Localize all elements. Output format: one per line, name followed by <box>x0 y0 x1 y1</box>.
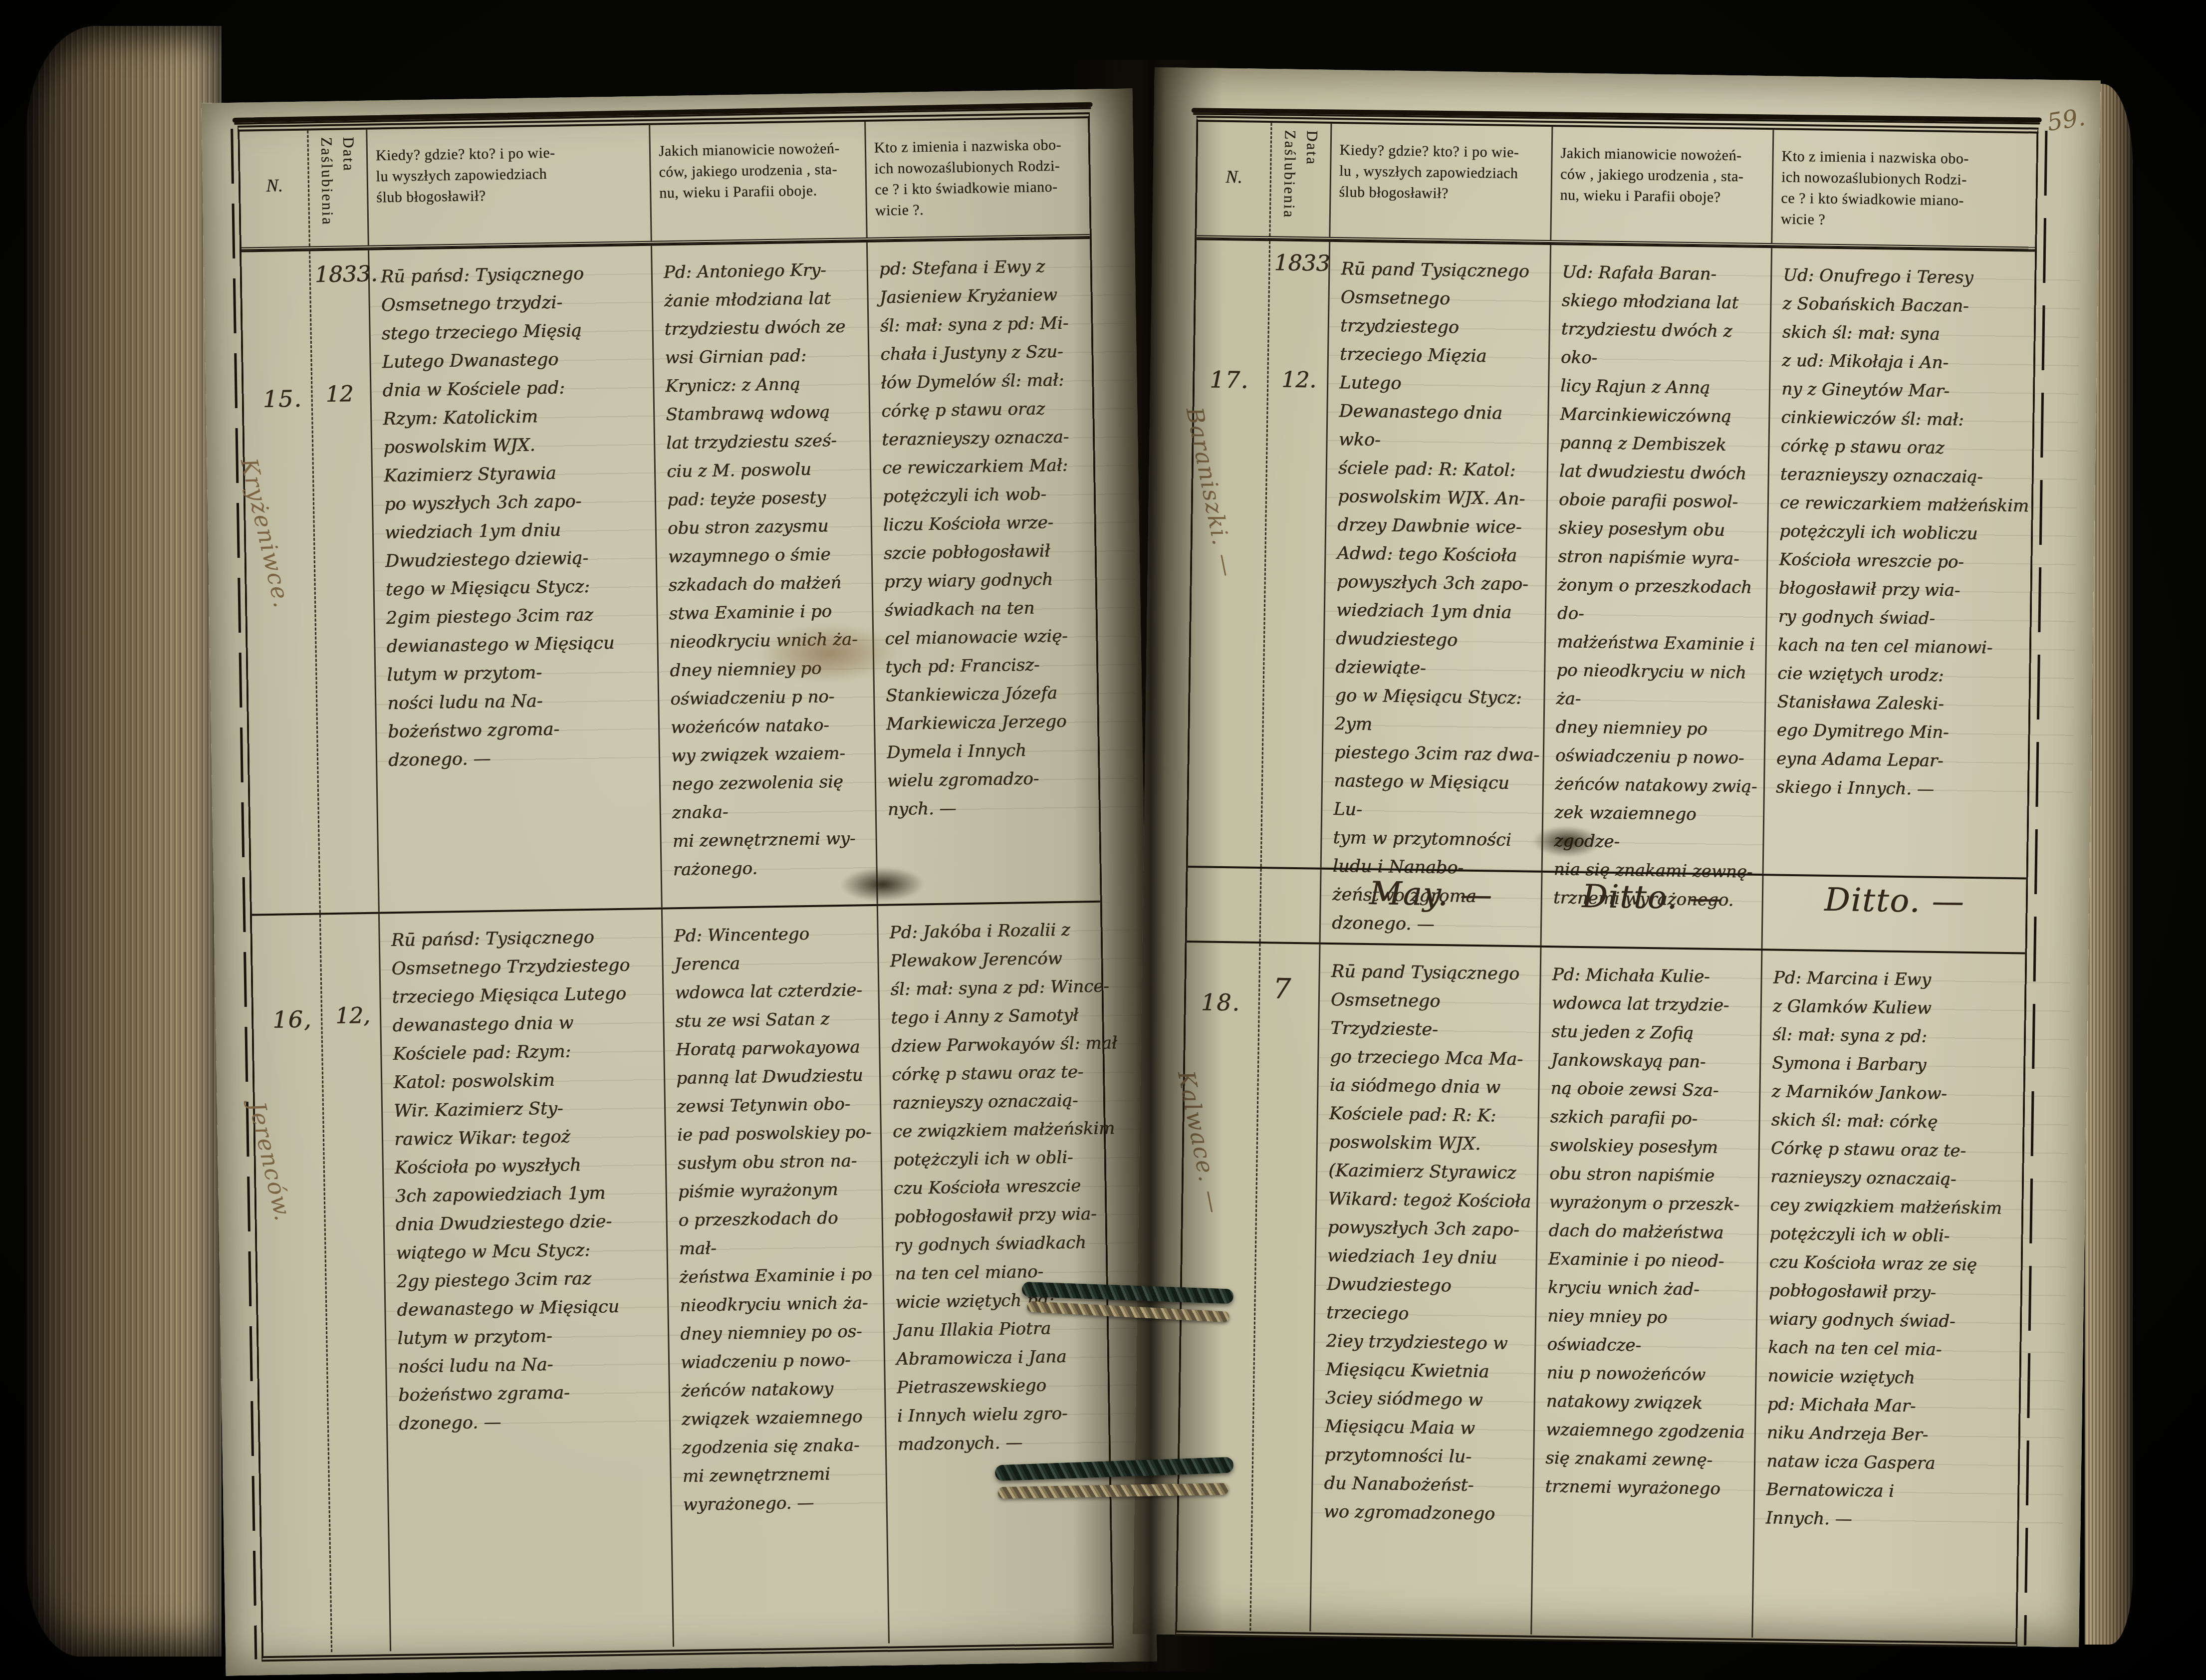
record-witnesses-text: Ud: Onufrego i Teresy z Sobańskich Bacza… <box>1765 248 2081 806</box>
header-newlyweds-label: Jakich mianowicie nowożeń- ców, jakiego … <box>650 122 865 204</box>
table-header-row: N. Data Zaślubienia Kiedy? gdzie? kto? i… <box>240 118 1090 250</box>
header-date-label: Data Zaślubienia <box>315 130 361 253</box>
header-witnesses-label: Kto z imienia i nazwiska obo- ich nowoza… <box>866 118 1089 222</box>
record-row-15: 15. Kryżeniwce. 1833. 12 Rū pańsd: Tysią… <box>242 237 1100 914</box>
record-day: 7 <box>1273 972 1291 1005</box>
record-number: 15. <box>262 385 302 413</box>
header-number-label: N. <box>240 131 308 197</box>
record-number-cell: 16, Jerenców. <box>252 915 331 1653</box>
record-day: 12. <box>1281 367 1317 393</box>
record-day: 12 <box>325 381 354 407</box>
ditto-label: Ditto. — <box>1582 873 1722 917</box>
record-newlyweds-text: Pd: Michała Kulie- wdowca lat trzydzie- … <box>1534 948 1761 1504</box>
month-band-row: May. — Ditto. — Ditto. — <box>1187 866 2026 952</box>
header-cell-date: Data Zaślubienia <box>307 130 368 246</box>
right-page: 59. N. Data Zaślubienia Kiedy? gdzie? kt… <box>1133 67 2101 1647</box>
header-when-label: Kiedy? gdzie? kto? i po wie- lu , wyszły… <box>1331 124 1551 206</box>
record-date-cell: 1833 12. <box>1260 241 1329 868</box>
header-cell-number: N. <box>240 131 309 247</box>
record-witnesses-cell: Ud: Onufrego i Teresy z Sobańskich Bacza… <box>1762 248 2035 877</box>
record-newlyweds-cell: Pd: Michała Kulie- wdowca lat trzydzie- … <box>1530 948 1761 1638</box>
record-newlyweds-text: Pd: Antoniego Kry- żanie młodziana lat t… <box>652 242 876 885</box>
header-newlyweds-label: Jakich mianowicie nowożeń- ców , jakiego… <box>1552 127 1772 209</box>
record-witnesses-cell: Pd: Marcina i Ewy z Glamków Kuliew śl: m… <box>1751 951 2025 1641</box>
header-cell-witnesses: Kto z imienia i nazwiska obo- ich nowoza… <box>864 118 1090 238</box>
record-date-cell: 7 <box>1249 944 1319 1632</box>
header-cell-newlyweds: Jakich mianowicie nowożeń- ców, jakiego … <box>649 122 866 241</box>
table-header-row: N. Data Zaślubienia Kiedy? gdzie? kto? i… <box>1197 122 2036 249</box>
header-cell-newlyweds: Jakich mianowicie nowożeń- ców , jakiego… <box>1550 127 1772 243</box>
month-band-ditto: Ditto. — <box>1540 873 1762 949</box>
header-cell-witnesses: Kto z imienia i nazwiska obo- ich nowoza… <box>1771 130 2036 246</box>
month-label: May. — <box>1369 870 1493 914</box>
record-when-cell: Rū pand Tysiącznego Osmsetnego trzydzies… <box>1320 242 1550 871</box>
record-date-cell: 12, <box>319 914 390 1652</box>
margin-place-note: Kryżeniwce. <box>236 456 296 611</box>
record-witnesses-cell: pd: Stefana i Ewy z Jasieniew Kryżaniew … <box>866 239 1100 904</box>
record-day: 12, <box>335 1003 371 1029</box>
record-newlyweds-cell: Pd: Wincentego Jerenca wdowca lat czterd… <box>661 906 888 1647</box>
record-row-16: 16, Jerenców. 12, Rū pańsd: Tysiącznego … <box>252 901 1112 1654</box>
margin-place-note: Jerenców. <box>244 1099 297 1224</box>
left-page: N. Data Zaślubienia Kiedy? gdzie? kto? i… <box>201 89 1157 1676</box>
ditto-label: Ditto. — <box>1824 877 1965 921</box>
header-witnesses-label: Kto z imienia i nazwiska obo- ich nowoza… <box>1773 130 2037 233</box>
header-date-label: Data Zaślubienia <box>1278 123 1323 243</box>
record-newlyweds-cell: Pd: Antoniego Kry- żanie młodziana lat t… <box>651 242 877 908</box>
record-row-17: 17. Baraniszki. — 1833 12. Rū pand Tysią… <box>1188 238 2035 877</box>
month-band-empty <box>1259 869 1320 943</box>
month-band-ditto: Ditto. — <box>1761 876 2026 952</box>
book-page-edges-left <box>26 26 222 1657</box>
record-witnesses-text: Pd: Marcina i Ewy z Glamków Kuliew śl: m… <box>1754 951 2070 1537</box>
month-band-month: May. — <box>1319 870 1541 946</box>
record-when-text: Rū pańsd: Tysiącznego Osmsetnego trzydzi… <box>369 246 659 775</box>
record-newlyweds-text: Pd: Wincentego Jerenca wdowca lat czterd… <box>663 906 886 1520</box>
record-when-cell: Rū pańsd: Tysiącznego Osmsetnego trzydzi… <box>368 246 661 912</box>
record-date-cell: 1833. 12 <box>309 250 378 913</box>
record-newlyweds-text: Ud: Rafała Baran- skiego młodziana lat t… <box>1542 245 1771 915</box>
header-when-label: Kiedy? gdzie? kto? i po wie- lu wyszłych… <box>367 125 650 209</box>
record-when-text: Rū pand Tysiącznego Osmsetnego trzydzies… <box>1321 242 1550 941</box>
book-gutter-shadow <box>1073 60 1223 1672</box>
register-book-scan: N. Data Zaślubienia Kiedy? gdzie? kto? i… <box>0 0 2206 1680</box>
marriage-register-table-left: N. Data Zaślubienia Kiedy? gdzie? kto? i… <box>238 112 1114 1662</box>
record-newlyweds-cell: Ud: Rafała Baran- skiego młodziana lat t… <box>1541 245 1771 874</box>
record-when-text: Rū pand Tysiącznego Osmsetnego Trzydzies… <box>1312 945 1540 1529</box>
record-when-text: Rū pańsd: Tysiącznego Osmsetnego Trzydzi… <box>380 910 669 1439</box>
header-cell-date: Data Zaślubienia <box>1269 123 1330 237</box>
folio-number: 59. <box>2045 103 2087 137</box>
record-year: 1833 <box>1274 250 1330 276</box>
marriage-register-table-right: N. Data Zaślubienia Kiedy? gdzie? kto? i… <box>1175 116 2038 1648</box>
record-when-cell: Rū pańsd: Tysiącznego Osmsetnego Trzydzi… <box>378 910 673 1652</box>
printed-top-rule <box>1192 108 2042 122</box>
header-cell-when: Kiedy? gdzie? kto? i po wie- lu , wyszły… <box>1329 124 1551 240</box>
record-row-18: 18. Kalwace. — 7 Rū pand Tysiącznego Osm… <box>1177 941 2025 1641</box>
record-number: 16, <box>272 1006 312 1033</box>
record-when-cell: Rū pand Tysiącznego Osmsetnego Trzydzies… <box>1309 945 1540 1635</box>
record-number-cell: 15. Kryżeniwce. <box>242 251 319 914</box>
header-cell-when: Kiedy? gdzie? kto? i po wie- lu wyszłych… <box>366 125 651 245</box>
